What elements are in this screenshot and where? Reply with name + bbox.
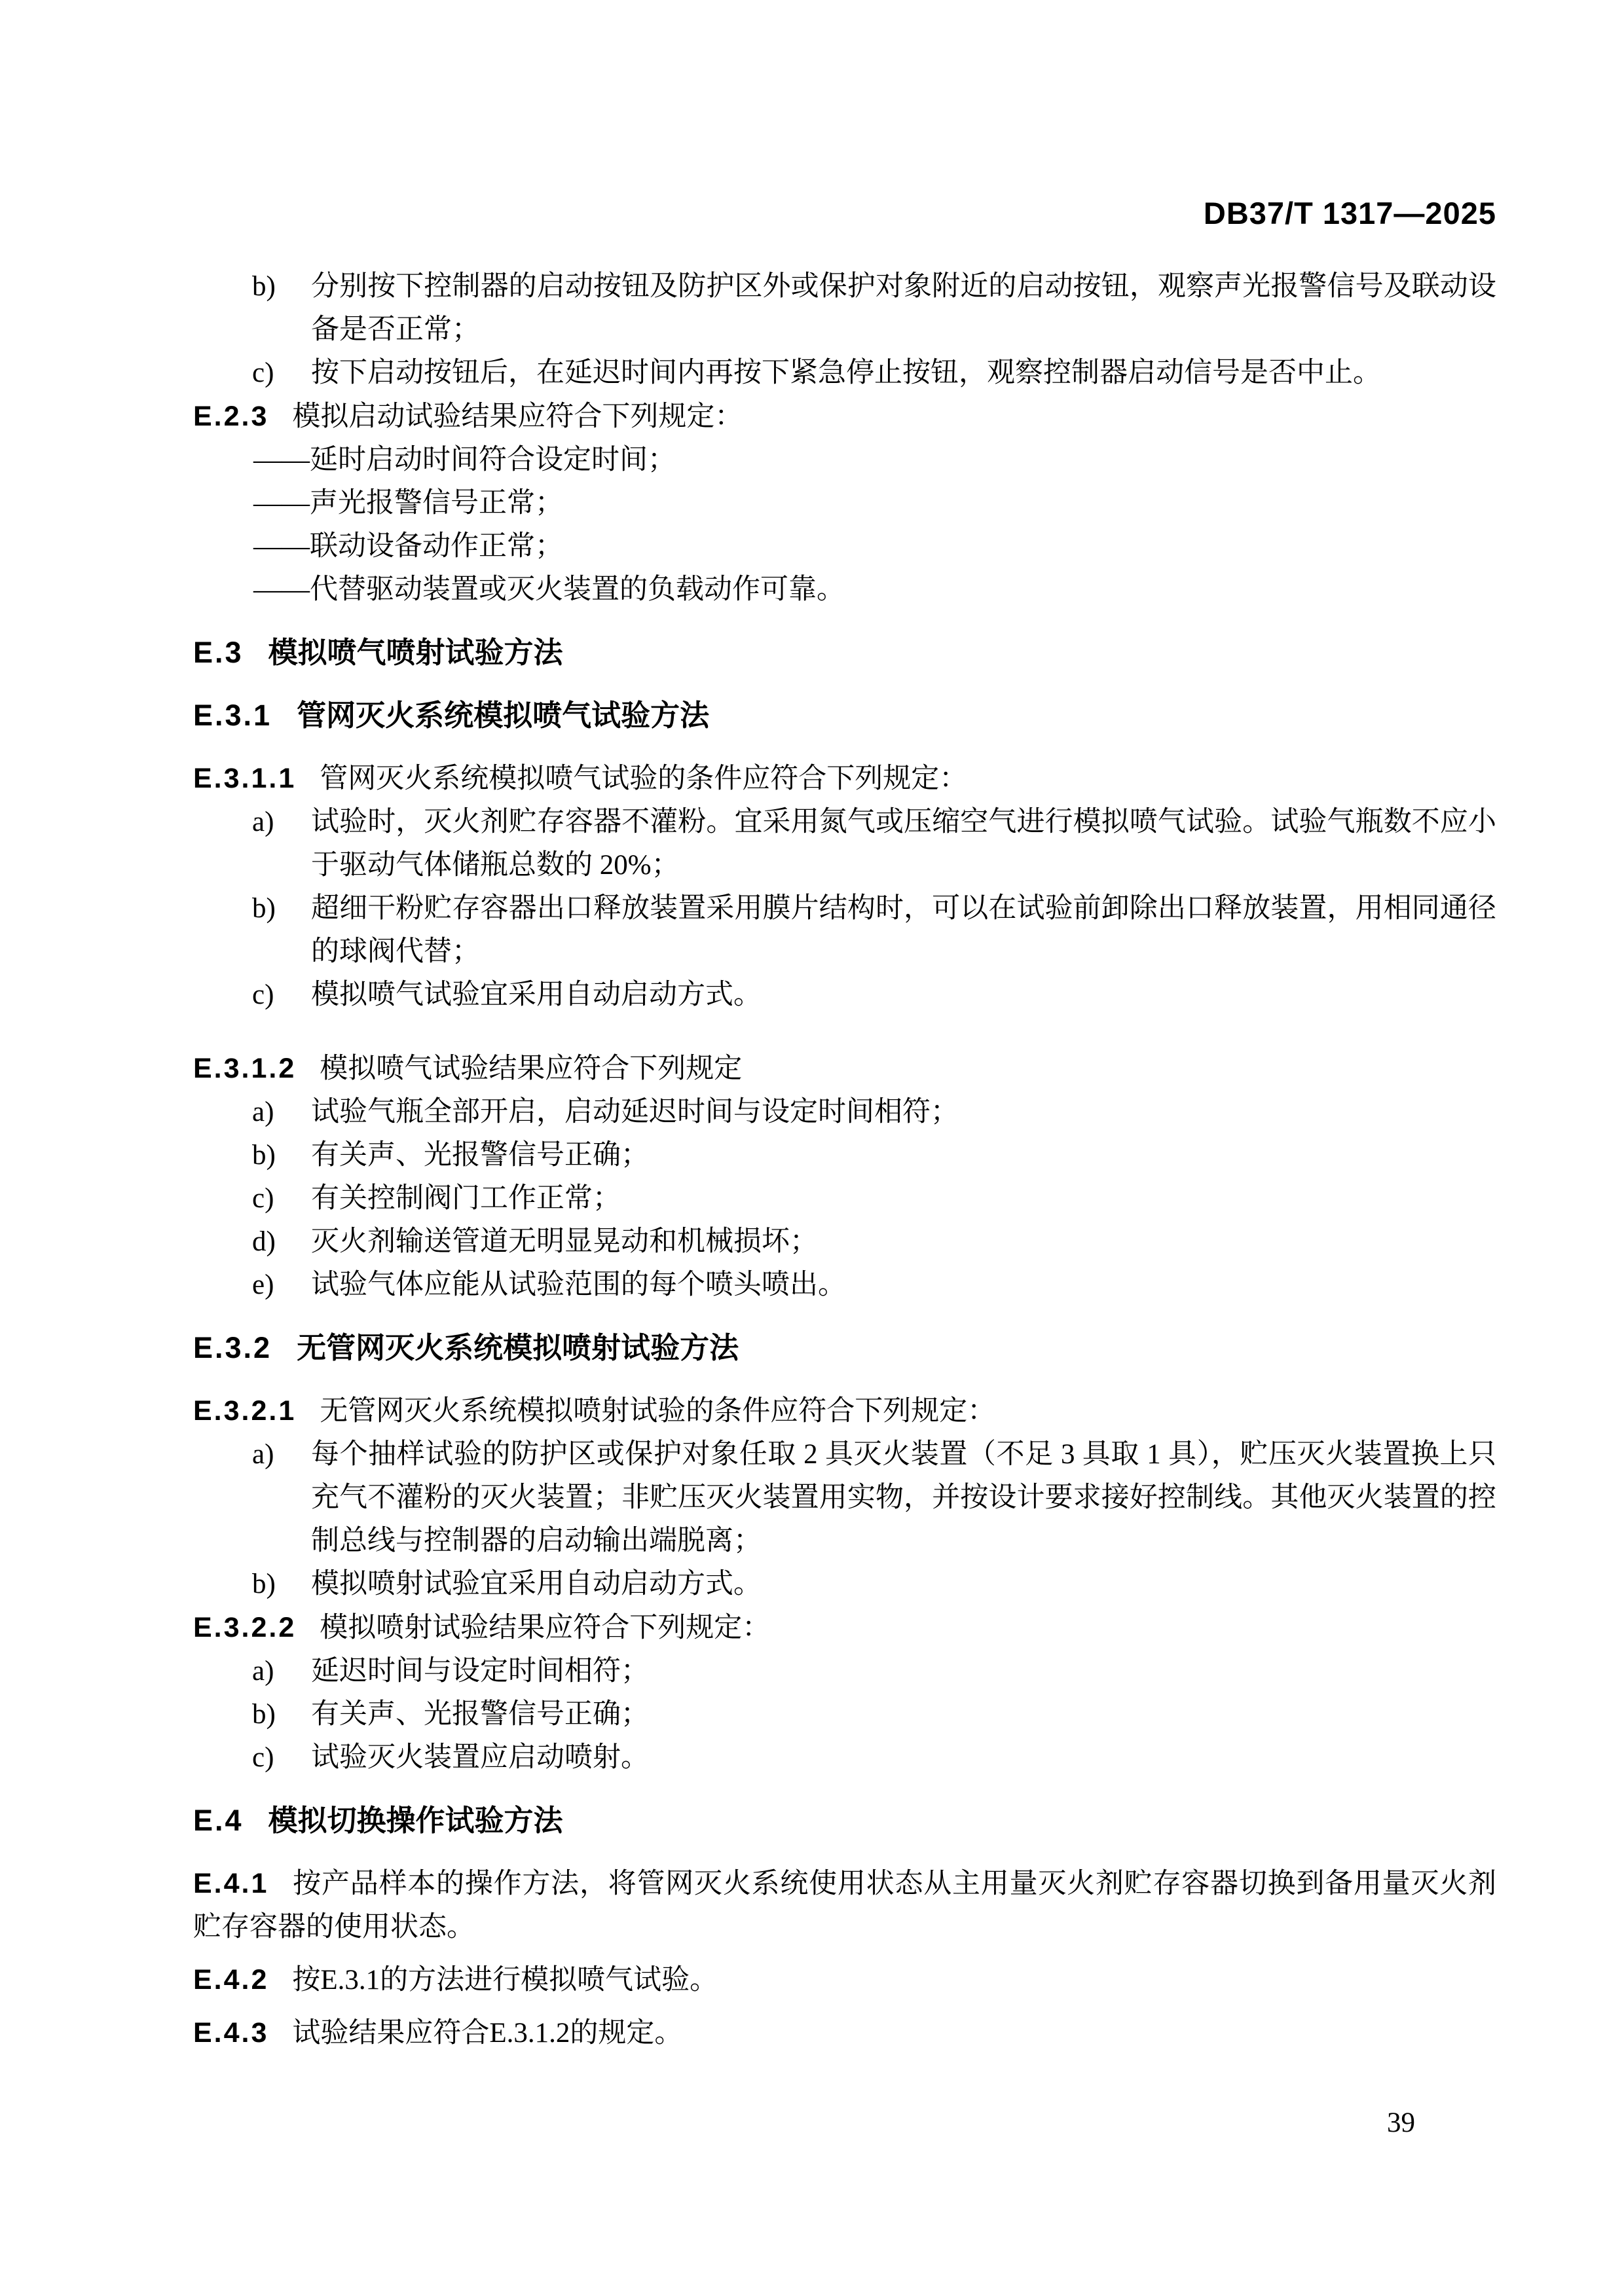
block-text: 管网灭火系统模拟喷气试验的条件应符合下列规定： [320, 763, 967, 794]
block-text: 模拟启动试验结果应符合下列规定： [292, 401, 743, 432]
heading-number: E.3.2 [193, 1331, 272, 1364]
item-marker: c) [252, 1736, 274, 1779]
item-marker: b) [252, 1693, 276, 1736]
block-text: 有关声、光报警信号正确； [311, 1140, 649, 1171]
clause-paragraph: E.2.3模拟启动试验结果应符合下列规定： [193, 395, 1496, 439]
item-marker: a) [252, 1433, 274, 1476]
list-item: b)有关声、光报警信号正确； [193, 1134, 1496, 1177]
item-marker: c) [252, 974, 274, 1017]
item-marker: b) [252, 265, 276, 308]
heading-number: E.3.1 [193, 699, 272, 732]
list-item: a)试验时，灭火剂贮存容器不灌粉。宜采用氮气或压缩空气进行模拟喷气试验。试验气瓶… [193, 801, 1496, 887]
clause-paragraph: E.4.2按E.3.1的方法进行模拟喷气试验。 [193, 1958, 1496, 2002]
heading-number: E.3 [193, 636, 244, 669]
block-text: 无管网灭火系统模拟喷射试验的条件应符合下列规定： [320, 1396, 995, 1427]
block-text: 试验结果应符合E.3.1.2的规定。 [292, 2018, 682, 2049]
heading-text: 管网灭火系统模拟喷气试验方法 [297, 699, 709, 732]
block-text: 模拟喷射试验结果应符合下列规定： [320, 1613, 770, 1643]
block-text: 超细干粉贮存容器出口释放装置采用膜片结构时，可以在试验前卸除出口释放装置，用相同… [311, 893, 1496, 967]
list-item: e)试验气体应能从试验范围的每个喷头喷出。 [193, 1264, 1496, 1307]
list-item: a)延迟时间与设定时间相符； [193, 1650, 1496, 1693]
block-text: 模拟喷射试验宜采用自动启动方式。 [311, 1569, 762, 1599]
item-marker: e) [252, 1264, 274, 1307]
item-marker: b) [252, 1563, 276, 1606]
list-item: c)有关控制阀门工作正常； [193, 1177, 1496, 1220]
list-item: b)分别按下控制器的启动按钮及防护区外或保护对象附近的启动按钮，观察声光报警信号… [193, 265, 1496, 352]
dash-list-item: ——代替驱动装置或灭火装置的负载动作可靠。 [193, 568, 1496, 611]
page-number: 39 [1387, 2107, 1415, 2139]
block-text: ——声光报警信号正常； [253, 488, 563, 519]
clause-paragraph: E.3.1.2模拟喷气试验结果应符合下列规定 [193, 1047, 1496, 1091]
item-marker: a) [252, 801, 274, 844]
standard-document-page: DB37/T 1317—2025 b)分别按下控制器的启动按钮及防护区外或保护对… [0, 0, 1624, 2296]
section-heading: E.3.2无管网灭火系统模拟喷射试验方法 [193, 1326, 1496, 1370]
block-text: 按产品样本的操作方法，将管网灭火系统使用状态从主用量灭火剂贮存容器切换到备用量灭… [193, 1868, 1496, 1942]
dash-list-item: ——延时启动时间符合设定时间； [193, 439, 1496, 482]
block-text: 分别按下控制器的启动按钮及防护区外或保护对象附近的启动按钮，观察声光报警信号及联… [311, 271, 1496, 345]
clause-paragraph: E.3.1.1管网灭火系统模拟喷气试验的条件应符合下列规定： [193, 757, 1496, 801]
list-item: a)每个抽样试验的防护区或保护对象任取 2 具灭火装置（不足 3 具取 1 具）… [193, 1433, 1496, 1563]
block-text: 延迟时间与设定时间相符； [311, 1656, 649, 1686]
block-text: ——延时启动时间符合设定时间； [253, 445, 676, 475]
dash-list-item: ——联动设备动作正常； [193, 525, 1496, 568]
block-text: 试验气瓶全部开启，启动延迟时间与设定时间相符； [311, 1097, 959, 1127]
section-heading: E.4模拟切换操作试验方法 [193, 1799, 1496, 1842]
list-item: b)模拟喷射试验宜采用自动启动方式。 [193, 1563, 1496, 1606]
block-text: 试验时，灭火剂贮存容器不灌粉。宜采用氮气或压缩空气进行模拟喷气试验。试验气瓶数不… [311, 807, 1496, 881]
list-item: d)灭火剂输送管道无明显晃动和机械损坏； [193, 1220, 1496, 1264]
item-marker: c) [252, 1177, 274, 1220]
section-heading: E.3模拟喷气喷射试验方法 [193, 631, 1496, 674]
heading-text: 无管网灭火系统模拟喷射试验方法 [297, 1331, 739, 1364]
clause-paragraph: E.3.2.2模拟喷射试验结果应符合下列规定： [193, 1606, 1496, 1650]
clause-number: E.4.3 [193, 2017, 268, 2049]
block-text: 有关控制阀门工作正常； [311, 1183, 621, 1214]
block-text: 每个抽样试验的防护区或保护对象任取 2 具灭火装置（不足 3 具取 1 具），贮… [311, 1439, 1496, 1556]
list-item: b)有关声、光报警信号正确； [193, 1693, 1496, 1736]
block-text: 模拟喷气试验结果应符合下列规定 [320, 1053, 742, 1084]
block-text: 按E.3.1的方法进行模拟喷气试验。 [292, 1965, 718, 1995]
block-text: 试验灭火装置应启动喷射。 [311, 1742, 649, 1773]
block-text: 灭火剂输送管道无明显晃动和机械损坏； [311, 1226, 818, 1257]
item-marker: b) [252, 887, 276, 930]
block-text: 试验气体应能从试验范围的每个喷头喷出。 [311, 1269, 846, 1300]
block-text: ——联动设备动作正常； [253, 531, 563, 562]
list-item: c)按下启动按钮后，在延迟时间内再按下紧急停止按钮，观察控制器启动信号是否中止。 [193, 352, 1496, 395]
block-text: 有关声、光报警信号正确； [311, 1699, 649, 1730]
block-text: ——代替驱动装置或灭火装置的负载动作可靠。 [253, 574, 845, 605]
list-item: c)模拟喷气试验宜采用自动启动方式。 [193, 974, 1496, 1017]
clause-paragraph: E.3.2.1无管网灭火系统模拟喷射试验的条件应符合下列规定： [193, 1389, 1496, 1433]
document-body: b)分别按下控制器的启动按钮及防护区外或保护对象附近的启动按钮，观察声光报警信号… [193, 265, 1496, 2055]
heading-text: 模拟切换操作试验方法 [268, 1804, 563, 1837]
clause-number: E.2.3 [193, 401, 268, 432]
document-number-header: DB37/T 1317—2025 [193, 195, 1496, 231]
clause-number: E.3.1.2 [193, 1053, 296, 1084]
list-item: b)超细干粉贮存容器出口释放装置采用膜片结构时，可以在试验前卸除出口释放装置，用… [193, 887, 1496, 974]
list-item: c)试验灭火装置应启动喷射。 [193, 1736, 1496, 1779]
clause-paragraph: E.4.1按产品样本的操作方法，将管网灭火系统使用状态从主用量灭火剂贮存容器切换… [193, 1862, 1496, 1949]
item-marker: a) [252, 1091, 274, 1134]
clause-number: E.3.2.1 [193, 1395, 296, 1427]
clause-number: E.3.2.2 [193, 1612, 296, 1643]
block-text: 模拟喷气试验宜采用自动启动方式。 [311, 979, 762, 1010]
heading-number: E.4 [193, 1804, 244, 1837]
dash-list-item: ——声光报警信号正常； [193, 482, 1496, 525]
item-marker: a) [252, 1650, 274, 1693]
block-text: 按下启动按钮后，在延迟时间内再按下紧急停止按钮，观察控制器启动信号是否中止。 [311, 357, 1381, 388]
heading-text: 模拟喷气喷射试验方法 [268, 636, 563, 669]
section-heading: E.3.1管网灭火系统模拟喷气试验方法 [193, 694, 1496, 737]
list-item: a)试验气瓶全部开启，启动延迟时间与设定时间相符； [193, 1091, 1496, 1134]
clause-paragraph: E.4.3试验结果应符合E.3.1.2的规定。 [193, 2011, 1496, 2055]
item-marker: d) [252, 1220, 276, 1264]
clause-number: E.3.1.1 [193, 763, 296, 794]
clause-number: E.4.1 [193, 1868, 268, 1899]
item-marker: b) [252, 1134, 276, 1177]
item-marker: c) [252, 352, 274, 395]
clause-number: E.4.2 [193, 1964, 268, 1995]
